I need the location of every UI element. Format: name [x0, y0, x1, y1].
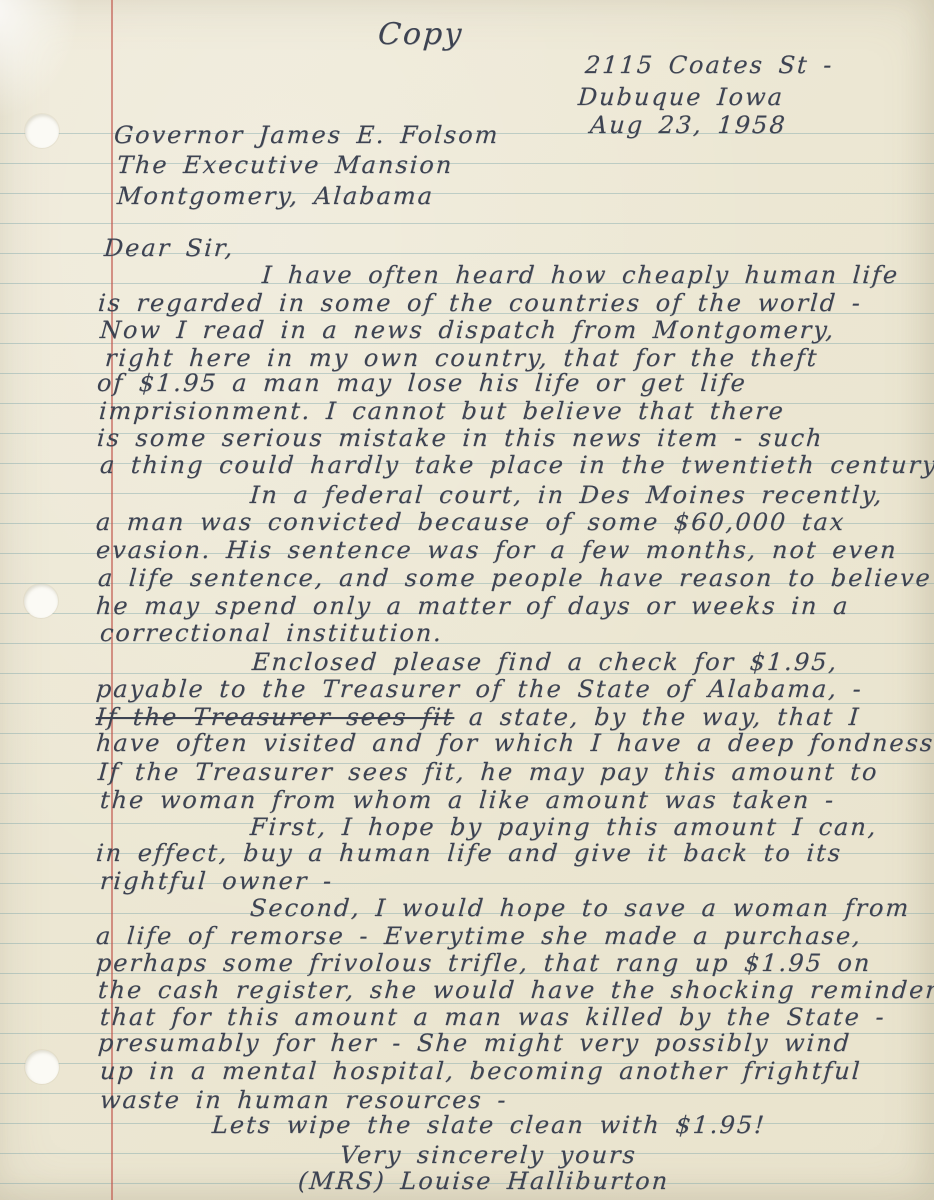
text-segment: of $1.95 a man may lose his life or get … [96, 369, 748, 397]
letter-page: Copy2115 Coates St -Dubuque IowaAug 23, … [0, 0, 934, 1200]
body-line-25: a life of remorse - Everytime she made a… [95, 921, 863, 951]
text-segment: Dubuque Iowa [577, 83, 785, 111]
text-segment: in effect, buy a human life and give it … [95, 839, 843, 867]
text-segment: (MRS) Louise Halliburton [297, 1167, 670, 1195]
text-segment: a state, by the way, that I [453, 703, 861, 731]
body-line-6: imprisionment. I cannot but believe that… [98, 396, 786, 426]
recipient-line-2: The Executive Mansion [116, 150, 455, 180]
text-segment: a life sentence, and some people have re… [97, 564, 933, 592]
text-segment: Copy [377, 17, 465, 52]
body-line-11: evasion. His sentence was for a few mont… [95, 535, 899, 565]
recipient-line-1: Governor James E. Folsom [113, 120, 501, 150]
return-address-line-2: Dubuque Iowa [577, 82, 785, 112]
closing-line: Lets wipe the slate clean with $1.95! [211, 1110, 767, 1140]
text-segment: perhaps some frivolous trifle, that rang… [95, 949, 872, 977]
body-line-22: in effect, buy a human life and give it … [95, 838, 843, 868]
text-segment: correctional institution. [99, 619, 444, 647]
text-segment: Now I read in a news dispatch from Montg… [99, 316, 836, 344]
body-line-24: Second, I would hope to save a woman fro… [249, 893, 911, 923]
text-segment: Dear Sir, [103, 234, 235, 262]
text-segment: rightful owner - [99, 867, 334, 895]
body-line-14: correctional institution. [99, 618, 444, 648]
text-segment: First, I hope by paying this amount I ca… [249, 813, 878, 841]
text-segment: that for this amount a man was killed by… [99, 1003, 887, 1031]
text-segment: 2115 Coates St - [584, 51, 834, 79]
text-segment: If the Treasurer sees fit, he may pay th… [97, 758, 879, 786]
text-segment: I have often heard how cheaply human lif… [261, 261, 900, 289]
text-segment: he may spend only a matter of days or we… [95, 592, 850, 620]
text-segment: Lets wipe the slate clean with $1.95! [211, 1111, 767, 1139]
body-line-1: I have often heard how cheaply human lif… [261, 260, 900, 290]
body-line-23: rightful owner - [99, 866, 334, 896]
text-segment: Very sincerely yours [339, 1141, 638, 1169]
body-line-2: is regarded in some of the countries of … [97, 288, 863, 318]
text-segment: the cash register, she would have the sh… [97, 976, 934, 1004]
body-line-26: perhaps some frivolous trifle, that rang… [95, 948, 873, 978]
struck-out-text: If the Treasurer sees fit [95, 703, 455, 731]
text-segment: payable to the Treasurer of the State of… [95, 675, 864, 703]
text-segment: presumably for her - She might very poss… [97, 1029, 852, 1057]
return-address-line-3: Aug 23, 1958 [589, 110, 788, 140]
body-line-30: up in a mental hospital, becoming anothe… [99, 1056, 863, 1086]
return-address-line-1: 2115 Coates St - [584, 50, 835, 80]
letter-text-layer: Copy2115 Coates St -Dubuque IowaAug 23, … [0, 0, 934, 1200]
body-line-8: a thing could hardly take place in the t… [99, 450, 934, 480]
recipient-line-3: Montgomery, Alabama [116, 181, 435, 211]
text-segment: is regarded in some of the countries of … [97, 289, 863, 317]
body-line-3: Now I read in a news dispatch from Montg… [99, 315, 836, 345]
text-segment: Aug 23, 1958 [589, 111, 788, 139]
body-line-29: presumably for her - She might very poss… [97, 1028, 852, 1058]
text-segment: In a federal court, in Des Moines recent… [249, 481, 884, 509]
text-segment: The Executive Mansion [116, 151, 454, 179]
text-segment: a thing could hardly take place in the t… [99, 451, 934, 479]
body-line-16: payable to the Treasurer of the State of… [95, 674, 864, 704]
copy-label: Copy [377, 20, 464, 50]
text-segment: is some serious mistake in this news ite… [96, 424, 824, 452]
body-line-5: of $1.95 a man may lose his life or get … [96, 368, 748, 398]
text-segment: the woman from whom a like amount was ta… [99, 786, 836, 814]
text-segment: a life of remorse - Everytime she made a… [95, 922, 863, 950]
text-segment: Montgomery, Alabama [116, 182, 435, 210]
body-line-18: have often visited and for which I have … [95, 728, 934, 758]
body-line-15: Enclosed please find a check for $1.95, [251, 647, 839, 677]
signature: (MRS) Louise Halliburton [297, 1166, 670, 1196]
text-segment: Governor James E. Folsom [113, 121, 500, 149]
body-line-19: If the Treasurer sees fit, he may pay th… [97, 757, 880, 787]
body-line-10: a man was convicted because of some $60,… [95, 507, 846, 537]
text-segment: up in a mental hospital, becoming anothe… [99, 1057, 862, 1085]
text-segment: have often visited and for which I have … [95, 729, 934, 757]
text-segment: a man was convicted because of some $60,… [95, 508, 846, 536]
body-line-7: is some serious mistake in this news ite… [96, 423, 825, 453]
body-line-27: the cash register, she would have the sh… [97, 975, 934, 1005]
body-line-20: the woman from whom a like amount was ta… [99, 785, 836, 815]
text-segment: imprisionment. I cannot but believe that… [98, 397, 786, 425]
body-line-12: a life sentence, and some people have re… [97, 563, 933, 593]
text-segment: Second, I would hope to save a woman fro… [249, 894, 911, 922]
body-line-9: In a federal court, in Des Moines recent… [249, 480, 885, 510]
body-line-13: he may spend only a matter of days or we… [95, 591, 851, 621]
text-segment: evasion. His sentence was for a few mont… [95, 536, 899, 564]
salutation: Dear Sir, [103, 233, 236, 263]
text-segment: Enclosed please find a check for $1.95, [251, 648, 839, 676]
